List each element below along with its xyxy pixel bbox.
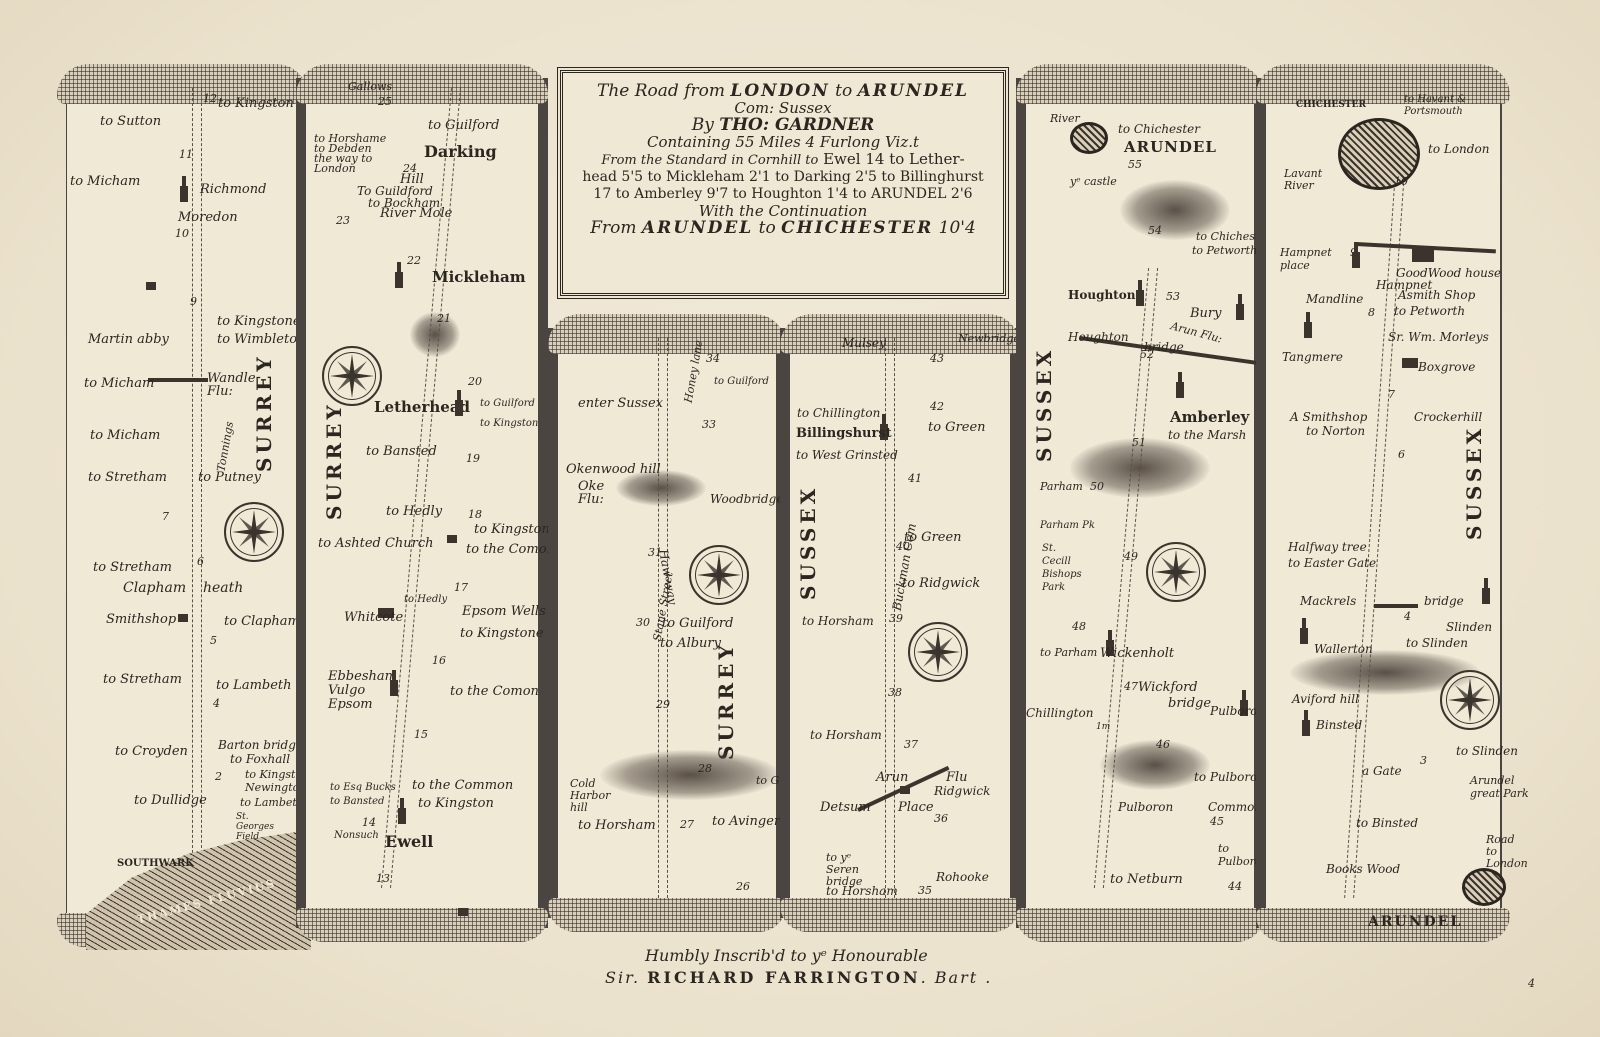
county-label-sussex: SUSSEX	[796, 485, 820, 600]
church-icon	[1302, 720, 1310, 736]
compass-rose-icon	[689, 545, 749, 605]
place-label: Wickenholt	[1100, 646, 1174, 661]
place-label: to Putney	[198, 470, 261, 485]
mile-marker: 20	[468, 375, 482, 388]
church-icon	[447, 535, 457, 543]
place-label: to Hedly	[386, 504, 442, 519]
place-label: to Bansted	[366, 444, 437, 459]
mile-marker: 7	[1388, 388, 1395, 401]
place-label: to Kingston	[218, 96, 294, 111]
place-label: to Petworth	[1192, 244, 1257, 257]
place-label: to Avingery	[712, 814, 788, 829]
place-label: to London	[1428, 142, 1489, 156]
place-label: to Micham	[84, 376, 154, 391]
church-icon	[1136, 290, 1144, 306]
compass-rose-icon	[908, 622, 968, 682]
place-label: to Hedly	[404, 594, 447, 605]
house-icon	[900, 786, 910, 794]
hill-range-icon	[600, 750, 780, 800]
place-label: Mulsey	[842, 336, 886, 350]
mile-marker: 50	[1090, 480, 1104, 493]
place-label: to Wimbleton	[217, 332, 305, 347]
dedication-line-1: Humbly Inscrib'd to yᵉ Honourable	[645, 946, 928, 965]
town-label: Houghton	[1068, 288, 1135, 302]
river-wandle	[148, 378, 208, 382]
place-label: to Foxhall	[230, 752, 290, 766]
mile-marker: 14	[362, 816, 376, 829]
place-label: to West Grinsted	[796, 448, 898, 462]
place-label: bridge	[1168, 696, 1211, 711]
place-label: to Kingston	[480, 418, 538, 429]
place-label: to Guilford	[714, 376, 769, 387]
place-label: to Esq Bucks	[330, 782, 396, 793]
mile-marker: 19	[466, 452, 480, 465]
mile-marker: 25	[378, 95, 392, 108]
mile-marker: 21	[437, 312, 451, 325]
mile-marker: 35	[918, 884, 932, 897]
place-label: to the Marsh	[1168, 428, 1246, 442]
place-label: Halfway tree	[1288, 540, 1367, 554]
compass-rose-icon	[224, 502, 284, 562]
place-label: Road to London	[1486, 834, 1526, 870]
mile-marker: 47	[1124, 680, 1138, 693]
place-label: Detsum	[820, 800, 871, 815]
place-label: to Chichester	[1118, 122, 1200, 136]
church-icon	[1236, 304, 1244, 320]
mile-marker: 29	[656, 698, 670, 711]
church-icon	[1352, 252, 1360, 268]
river-label: Flu	[946, 770, 968, 785]
place-label: to the Comon	[450, 684, 539, 699]
place-label: London	[314, 162, 356, 175]
place-label: Common	[1208, 800, 1262, 814]
town-label: Amberley	[1170, 408, 1249, 426]
mile-marker: 39	[889, 612, 903, 625]
place-label: to Kingstone	[460, 626, 544, 641]
place-label: to Slinden	[1456, 744, 1518, 758]
church-icon	[1176, 382, 1184, 398]
river-label: River Mole	[380, 206, 452, 221]
church-icon	[390, 680, 398, 696]
county-label-sussex: SUSSEX	[1032, 347, 1056, 462]
place-label: to Horsham	[802, 614, 874, 628]
town-label: ARUNDEL	[1124, 138, 1217, 156]
place-label: Whitcote	[344, 610, 403, 625]
place-label: to Horsham	[810, 728, 882, 742]
place-label: to Parham	[1040, 646, 1097, 659]
place-label: Barton bridge	[218, 738, 303, 752]
place-label: to Bansted	[330, 796, 384, 807]
place-label: Ridgwick	[934, 784, 990, 798]
place-label: Mackrels	[1300, 594, 1356, 608]
place-label: Mandline	[1306, 292, 1363, 306]
place-label: heath	[203, 580, 243, 596]
church-icon	[455, 400, 463, 416]
place-label: Boxgrove	[1418, 360, 1475, 374]
place-label: Richmond	[200, 182, 266, 197]
place-label: to Pulboron	[1194, 770, 1265, 784]
river-label: Arun	[876, 770, 908, 785]
place-label: Bury	[1190, 306, 1221, 321]
place-label: to Petworth	[1394, 304, 1465, 318]
mile-marker: 41	[908, 472, 922, 485]
boundary-label: enter Sussex	[578, 396, 663, 411]
mile-marker: 10	[1394, 175, 1408, 188]
place-label: to Guilford	[480, 398, 535, 409]
mile-marker: 46	[1156, 738, 1170, 751]
place-label: to Lambeth	[216, 678, 292, 693]
place-label: Rohooke	[936, 870, 989, 884]
mile-marker: 10	[175, 227, 189, 240]
mile-marker: 11	[179, 148, 193, 161]
place-label: Woodbridge	[710, 492, 783, 506]
title-line-6: head 5'5 to Mickleham 2'1 to Darking 2'5…	[563, 169, 1003, 186]
place-label: SOUTHWARK	[117, 858, 194, 869]
arundel-town-plan	[1462, 868, 1506, 906]
place-label: Aviford hill	[1292, 692, 1359, 706]
plate-number: 4	[1528, 977, 1535, 990]
place-label: Clapham	[123, 580, 186, 596]
place-label: yᵉ castle	[1070, 175, 1117, 188]
place-label: to Green	[904, 530, 962, 545]
place-label: to Lambeth	[240, 796, 304, 809]
mile-marker: 54	[1148, 224, 1162, 237]
river-label: River	[1050, 112, 1080, 125]
title-line-9: From ARUNDEL to CHICHESTER 10'4	[563, 220, 1003, 237]
title-cartouche: The Road from LONDON to ARUNDEL Com: Sus…	[560, 70, 1006, 296]
place-label: Nonsuch	[334, 830, 379, 841]
place-label: Houghton	[1068, 330, 1129, 344]
mile-marker: 30	[636, 616, 650, 629]
mile-marker: 4	[213, 697, 220, 710]
place-label: Cold Harbor hill	[570, 778, 610, 814]
mile-marker: 3	[1420, 754, 1427, 767]
church-icon	[180, 186, 188, 202]
place-label: Tangmere	[1282, 350, 1343, 364]
place-label: to Slinden	[1406, 636, 1468, 650]
mile-marker: 37	[904, 738, 918, 751]
place-label: Slinden	[1446, 620, 1492, 634]
mile-marker: 44	[1228, 880, 1242, 893]
place-label: to Micham	[90, 428, 160, 443]
mile-marker: 2	[215, 770, 222, 783]
church-icon	[1304, 322, 1312, 338]
place-label: bridge	[1424, 594, 1464, 608]
mile-marker: 38	[888, 686, 902, 699]
river-label: Lavant River	[1284, 168, 1324, 192]
compass-rose-icon	[1146, 542, 1206, 602]
place-label: Chillington	[1026, 706, 1093, 720]
place-label: Newbridge	[958, 332, 1020, 345]
arundel-town-plan	[1070, 122, 1108, 154]
place-label: to Ashted Church	[318, 536, 434, 551]
river-bridge	[1374, 604, 1418, 608]
place-label: to Guilford	[428, 118, 499, 133]
place-label: to Sutton	[100, 114, 161, 129]
mile-marker: 15	[414, 728, 428, 741]
place-label: to yᵉ Seren bridge	[826, 852, 886, 888]
mile-marker: 13	[376, 872, 390, 885]
title-line-4: Containing 55 Miles 4 Furlong Viz.t	[563, 134, 1003, 151]
mile-marker: 6	[197, 555, 204, 568]
place-label: Hampnet place	[1280, 246, 1340, 272]
place-label: to Clapham	[224, 614, 300, 629]
church-icon	[395, 272, 403, 288]
place-label: to Kingston	[418, 796, 494, 811]
place-label: to Albury	[660, 636, 721, 651]
county-label-sussex: SUSSEX	[1462, 425, 1486, 540]
mile-marker: 48	[1072, 620, 1086, 633]
place-label: Books Wood	[1326, 862, 1400, 876]
mile-marker: 52	[1140, 348, 1154, 361]
compass-rose-icon	[1440, 670, 1500, 730]
mile-marker: 53	[1166, 290, 1180, 303]
place-label: to the Common	[412, 778, 513, 793]
mile-marker: 45	[1210, 815, 1224, 828]
town-label: Ewell	[385, 832, 433, 851]
place-label: to Stretham	[93, 560, 172, 575]
goodwood-house-icon	[1412, 246, 1434, 262]
place-label: to Dullidge	[134, 793, 207, 808]
mile-marker: 9	[190, 295, 197, 308]
town-label: Darking	[424, 142, 497, 161]
mile-marker: 33	[702, 418, 716, 431]
place-label: Gallows	[348, 80, 392, 93]
mile-marker: 42	[930, 400, 944, 413]
place-label: to Stretham	[88, 470, 167, 485]
house-icon	[458, 908, 468, 916]
town-label: ARUNDEL	[1368, 914, 1462, 930]
place-label: Place	[898, 800, 934, 815]
place-label: Arundel great Park	[1470, 774, 1530, 800]
place-label: Moredon	[178, 210, 238, 225]
title-line-5: From the Standard in Cornhill to Ewel 14…	[563, 151, 1003, 169]
hill-icon	[616, 470, 706, 506]
hill-icon	[410, 312, 460, 357]
house-icon	[146, 282, 156, 290]
mile-marker: 34	[706, 352, 720, 365]
place-label: St. Georges Field	[236, 812, 286, 842]
place-label: to Havant & Portsmouth	[1404, 94, 1504, 118]
county-label-surrey: SURREY	[714, 641, 738, 760]
mile-marker: 55	[1128, 158, 1142, 171]
mile-marker: 18	[468, 508, 482, 521]
place-label: to Horsham	[826, 884, 898, 898]
boxgrove-icon	[1402, 358, 1418, 368]
place-label: to Binsted	[1356, 816, 1418, 830]
mile-marker: 31	[648, 546, 662, 559]
place-label: Epsom Wells	[462, 604, 546, 619]
smithshop-icon	[178, 614, 188, 622]
church-icon	[1300, 628, 1308, 644]
mile-marker: 43	[930, 352, 944, 365]
place-label: Crockerhill	[1414, 410, 1482, 424]
mile-marker: 16	[432, 654, 446, 667]
place-label: a Gate	[1362, 764, 1402, 778]
compass-rose-icon	[322, 346, 382, 406]
mile-marker: 7	[162, 510, 169, 523]
place-label: to Kingston	[474, 522, 550, 537]
river-label: Oke Flu:	[578, 480, 608, 506]
mile-marker: 23	[336, 214, 350, 227]
place-label: to Croyden	[115, 744, 188, 759]
place-label: St. Cecill Bishops Park	[1042, 542, 1082, 594]
place-label: to Ridgwick	[902, 576, 980, 591]
mile-marker: 4	[1404, 610, 1411, 623]
mile-marker: 8	[1368, 306, 1375, 319]
mile-marker: 12	[203, 92, 217, 105]
mile-marker: 28	[698, 762, 712, 775]
town-label: Mickleham	[432, 268, 526, 286]
mile-marker: 27	[680, 818, 694, 831]
dedication-line-2: Sir. RICHARD FARRINGTON. Bart .	[605, 968, 992, 987]
church-icon	[1482, 588, 1490, 604]
map-plate: SURREY to Kingston to Sutton to Micham R…	[0, 0, 1600, 1037]
place-label: Wickford	[1138, 680, 1198, 695]
mile-marker: 26	[736, 880, 750, 893]
place-label: Parham	[1040, 480, 1083, 493]
place-label: Smithshop	[106, 612, 176, 627]
place-label: Sr. Wm. Morleys	[1388, 330, 1489, 344]
place-label: Pulboron	[1118, 800, 1173, 814]
title-author: By THO: GARDNER	[563, 117, 1003, 134]
place-label: Parham Pk	[1040, 520, 1095, 531]
place-label: 1m	[1096, 722, 1110, 732]
church-icon	[398, 808, 406, 824]
title-line-1: The Road from LONDON to ARUNDEL	[563, 83, 1003, 100]
place-label: Asmith Shop	[1398, 288, 1475, 302]
place-label: Ebbesham Vulgo Epsom	[328, 670, 388, 712]
place-label: to Easter Gate	[1288, 556, 1376, 570]
place-label: to Netburn	[1110, 872, 1183, 887]
mile-marker: 5	[210, 634, 217, 647]
mile-marker: 49	[1124, 550, 1138, 563]
place-label: Binsted	[1316, 718, 1362, 732]
title-line-7: 17 to Amberley 9'7 to Houghton 1'4 to AR…	[563, 186, 1003, 203]
county-label-surrey: SURREY	[322, 401, 346, 520]
place-label: to Horsham	[578, 818, 656, 833]
place-label: to Chillington	[797, 406, 880, 420]
place-label: to Kingstone	[217, 314, 301, 329]
place-label: CHICHESTER	[1296, 100, 1366, 110]
place-label: A Smithshop	[1290, 410, 1367, 424]
town-label: Billingshurst	[796, 426, 892, 441]
mile-marker: 40	[896, 540, 910, 553]
place-label: to Norton	[1306, 424, 1365, 438]
place-label: to Guilford	[662, 616, 733, 631]
place-label: to the Comon	[466, 542, 555, 557]
place-label: to Micham	[70, 174, 140, 189]
mile-marker: 36	[934, 812, 948, 825]
place-label: to Stretham	[103, 672, 182, 687]
place-label: Wandle Flu:	[207, 372, 257, 398]
mile-marker: 22	[407, 254, 421, 267]
place-label: to Green	[928, 420, 986, 435]
mile-marker: 17	[454, 581, 468, 594]
mile-marker: 6	[1398, 448, 1405, 461]
place-label: to Pulboron	[1218, 842, 1258, 868]
place-label: Martin abby	[88, 332, 169, 347]
